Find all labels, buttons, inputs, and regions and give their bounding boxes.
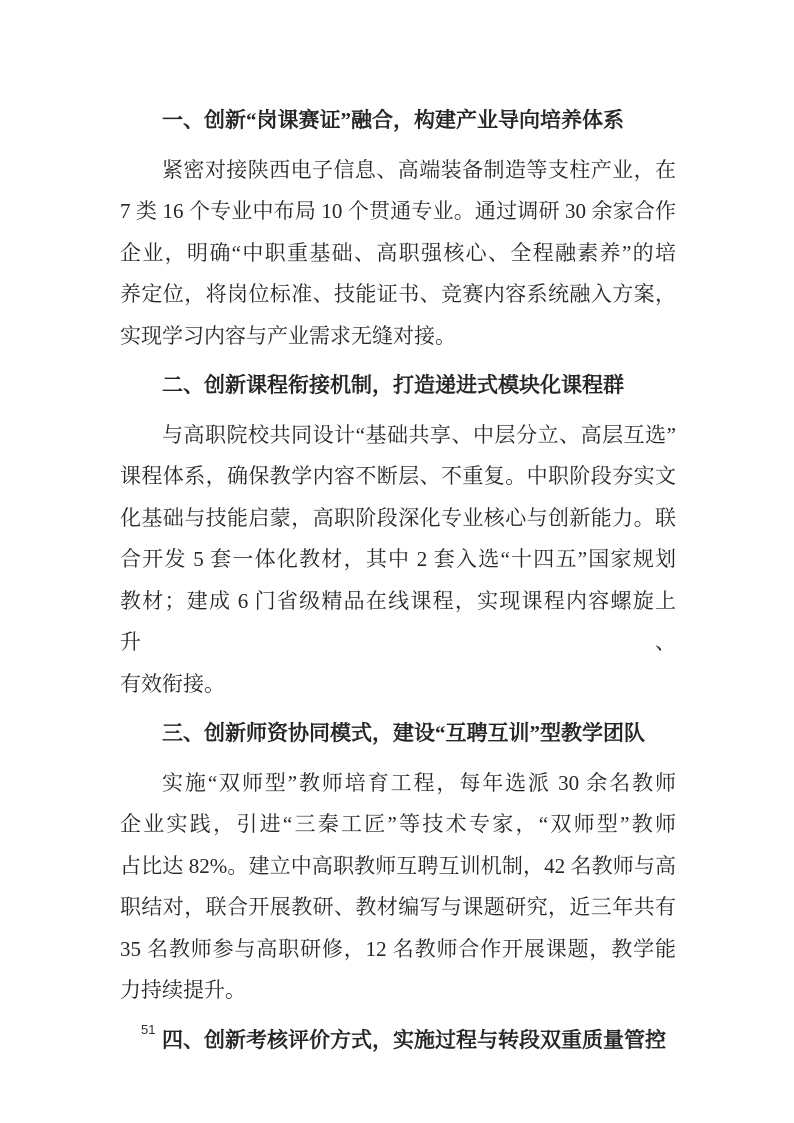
document-body: 一、创新“岗课赛证”融合，构建产业导向培养体系紧密对接陕西电子信息、高端装备制造…	[120, 92, 676, 1069]
text-line: 与高职院校共同设计“基础共享、中层分立、高层互选”	[120, 415, 676, 457]
text-line: 实现学习内容与产业需求无缝对接。	[120, 316, 676, 358]
text-line: 职结对，联合开展教研、教材编写与课题研究，近三年共有	[120, 887, 676, 929]
page-number: 51	[141, 1022, 155, 1037]
section-heading: 二、创新课程衔接机制，打造递进式模块化课程群	[120, 365, 676, 407]
text-line: 企业，明确“中职重基础、高职强核心、全程融素养”的培	[120, 233, 676, 275]
text-line: 养定位，将岗位标准、技能证书、竞赛内容系统融入方案，	[120, 274, 676, 316]
section-heading: 一、创新“岗课赛证”融合，构建产业导向培养体系	[120, 100, 676, 142]
document-page: 一、创新“岗课赛证”融合，构建产业导向培养体系紧密对接陕西电子信息、高端装备制造…	[0, 0, 794, 1123]
text-line: 实施“双师型”教师培育工程，每年选派 30 余名教师	[120, 763, 676, 805]
text-line: 占比达 82%。建立中高职教师互聘互训机制，42 名教师与高	[120, 846, 676, 888]
text-line: 紧密对接陕西电子信息、高端装备制造等支柱产业，在	[120, 150, 676, 192]
paragraph: 实施“双师型”教师培育工程，每年选派 30 余名教师企业实践，引进“三秦工匠”等…	[120, 763, 676, 1012]
text-line: 有效衔接。	[120, 664, 676, 706]
text-line: 力持续提升。	[120, 970, 676, 1012]
text-line: 7 类 16 个专业中布局 10 个贯通专业。通过调研 30 余家合作	[120, 191, 676, 233]
paragraph: 紧密对接陕西电子信息、高端装备制造等支柱产业，在7 类 16 个专业中布局 10…	[120, 150, 676, 358]
text-line: 教材；建成 6 门省级精品在线课程，实现课程内容螺旋上升、	[120, 581, 676, 664]
text-line: 化基础与技能启蒙，高职阶段深化专业核心与创新能力。联	[120, 498, 676, 540]
text-line: 合开发 5 套一体化教材，其中 2 套入选“十四五”国家规划	[120, 539, 676, 581]
text-line: 企业实践，引进“三秦工匠”等技术专家，“双师型”教师	[120, 804, 676, 846]
paragraph: 与高职院校共同设计“基础共享、中层分立、高层互选”课程体系，确保教学内容不断层、…	[120, 415, 676, 706]
section-heading: 四、创新考核评价方式，实施过程与转段双重质量管控	[120, 1020, 676, 1062]
text-line: 课程体系，确保教学内容不断层、不重复。中职阶段夯实文	[120, 456, 676, 498]
text-line: 35 名教师参与高职研修，12 名教师合作开展课题，教学能	[120, 929, 676, 971]
section-heading: 三、创新师资协同模式，建设“互聘互训”型教学团队	[120, 713, 676, 755]
